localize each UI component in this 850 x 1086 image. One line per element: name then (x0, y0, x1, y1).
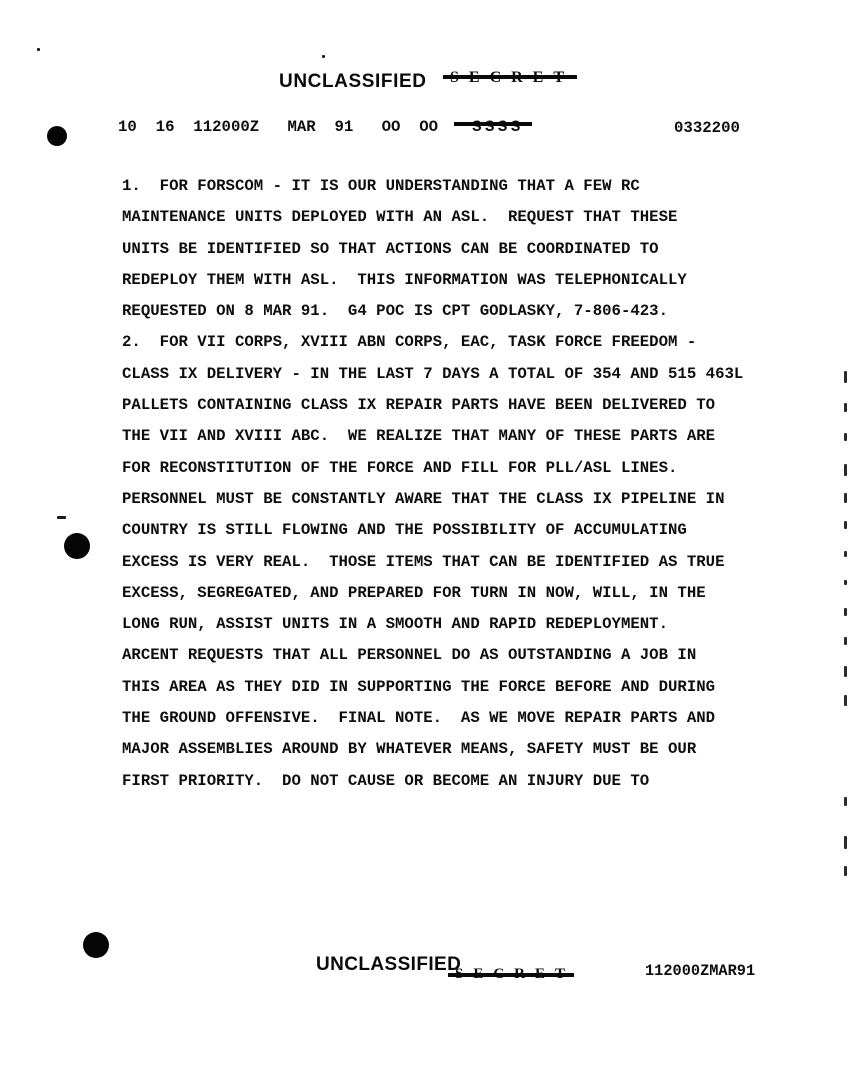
page-edge-mark (844, 695, 847, 706)
page-edge-mark (844, 403, 847, 412)
message-info-line: 10 16 112000Z MAR 91 OO OOSSSS (118, 118, 524, 136)
ink-speck (37, 48, 40, 51)
header-classification-secret-struck: SECRET (450, 69, 574, 87)
page-edge-mark (844, 493, 847, 503)
header-classification-unclassified: UNCLASSIFIED (279, 71, 427, 93)
page-edge-mark (844, 371, 847, 383)
footer-classification-unclassified: UNCLASSIFIED (316, 954, 461, 976)
page-edge-mark (844, 551, 847, 557)
page-edge-mark (844, 608, 847, 616)
footer-classification-secret-struck: SECRET (455, 966, 575, 983)
footer-datetime-group: 112000ZMAR91 (645, 962, 755, 980)
page-edge-mark (844, 797, 847, 806)
ink-speck (322, 55, 325, 58)
page-edge-mark (844, 464, 847, 476)
message-info-struck-code: SSSS (472, 118, 524, 136)
page-edge-mark (844, 580, 847, 585)
ink-dot (64, 533, 90, 559)
message-body-text: 1. FOR FORSCOM - IT IS OUR UNDERSTANDING… (122, 171, 743, 797)
page-edge-mark (844, 836, 847, 849)
ink-speck (57, 516, 66, 519)
page-edge-mark (844, 637, 847, 645)
ink-dot (83, 932, 109, 958)
message-info-left: 10 16 112000Z MAR 91 OO OO (118, 118, 438, 136)
page-edge-mark (844, 521, 847, 529)
page-edge-mark (844, 866, 847, 876)
ink-dot (47, 126, 67, 146)
page-edge-mark (844, 666, 847, 677)
page-edge-mark (844, 433, 847, 441)
message-serial-number: 0332200 (674, 119, 740, 137)
scanned-document-page: UNCLASSIFIED SECRET 10 16 112000Z MAR 91… (0, 0, 850, 1086)
